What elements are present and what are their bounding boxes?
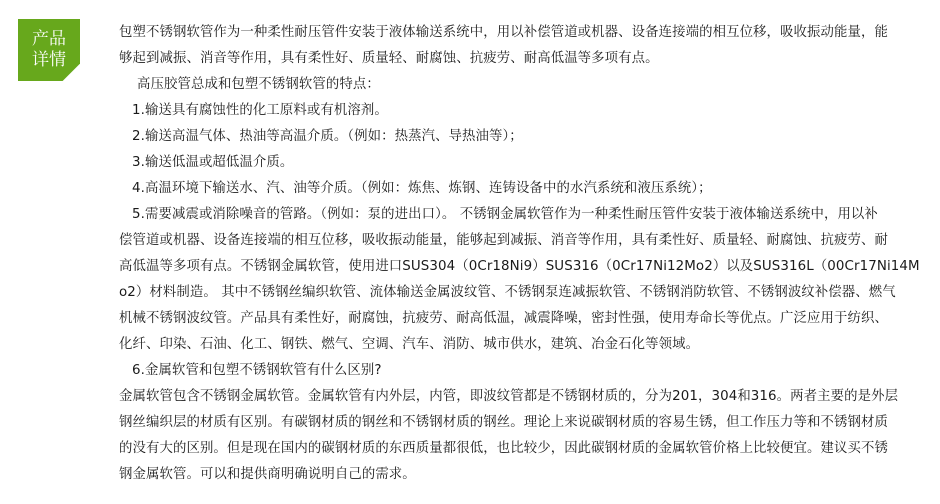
feature-item-2: 2.输送高温气体、热油等高温介质。（例如：热蒸汽、导热油等）； xyxy=(119,124,934,150)
paragraph-line: 够起到减振、消音等作用，具有柔性好、质量轻、耐腐蚀、抗疲劳、耐高低温等多项有点。 xyxy=(119,46,934,72)
feature-item-1: 1.输送具有腐蚀性的化工原料或有机溶剂。 xyxy=(119,98,934,124)
question-heading: 6.金属软管和包塑不锈钢软管有什么区别? xyxy=(119,358,934,384)
paragraph-line: 钢金属软管。可以和提供商明确说明自己的需求。 xyxy=(119,462,934,488)
paragraph-line: 机械不锈钢波纹管。产品具有柔性好，耐腐蚀，抗疲劳、耐高低温，减震降噪，密封性强，… xyxy=(119,306,934,332)
paragraph-line: 高低温等多项有点。不锈钢金属软管，使用进口SUS304（0Cr18Ni9）SUS… xyxy=(119,254,934,280)
product-description: 包塑不锈钢软管作为一种柔性耐压管件安装于液体输送系统中，用以补偿管道或机器、设备… xyxy=(119,20,934,488)
paragraph-line: 的没有大的区别。但是现在国内的碳钢材质的东西质量都很低，也比较少，因此碳钢材质的… xyxy=(119,436,934,462)
badge-line-1: 产品 xyxy=(18,29,80,50)
product-details-badge: 产品 详情 xyxy=(18,19,80,81)
paragraph-line: 钢丝编织层的材质有区别。有碳钢材质的钢丝和不锈钢材质的钢丝。理论上来说碳钢材质的… xyxy=(119,410,934,436)
paragraph-line: o2）材料制造。 其中不锈钢丝编织软管、流体输送金属波纹管、不锈钢泵连减振软管、… xyxy=(119,280,934,306)
paragraph-line: 化纤、印染、石油、化工、钢铁、燃气、空调、汽车、消防、城市供水，建筑、冶金石化等… xyxy=(119,332,934,358)
paragraph-line: 金属软管包含不锈钢金属软管。金属软管有内外层，内管，即波纹管都是不锈钢材质的，分… xyxy=(119,384,934,410)
badge-line-2: 详情 xyxy=(18,50,80,71)
features-heading: 高压胶管总成和包塑不锈钢软管的特点： xyxy=(119,72,934,98)
paragraph-line: 包塑不锈钢软管作为一种柔性耐压管件安装于液体输送系统中，用以补偿管道或机器、设备… xyxy=(119,20,934,46)
paragraph-line: 偿管道或机器、设备连接端的相互位移，吸收振动能量，能够起到减振、消音等作用，具有… xyxy=(119,228,934,254)
feature-item-4: 4.高温环境下输送水、汽、油等介质。（例如：炼焦、炼钢、连铸设备中的水汽系统和液… xyxy=(119,176,934,202)
feature-item-3: 3.输送低温或超低温介质。 xyxy=(119,150,934,176)
feature-item-5: 5.需要减震或消除噪音的管路。（例如：泵的进出口）。 不锈钢金属软管作为一种柔性… xyxy=(119,202,934,228)
